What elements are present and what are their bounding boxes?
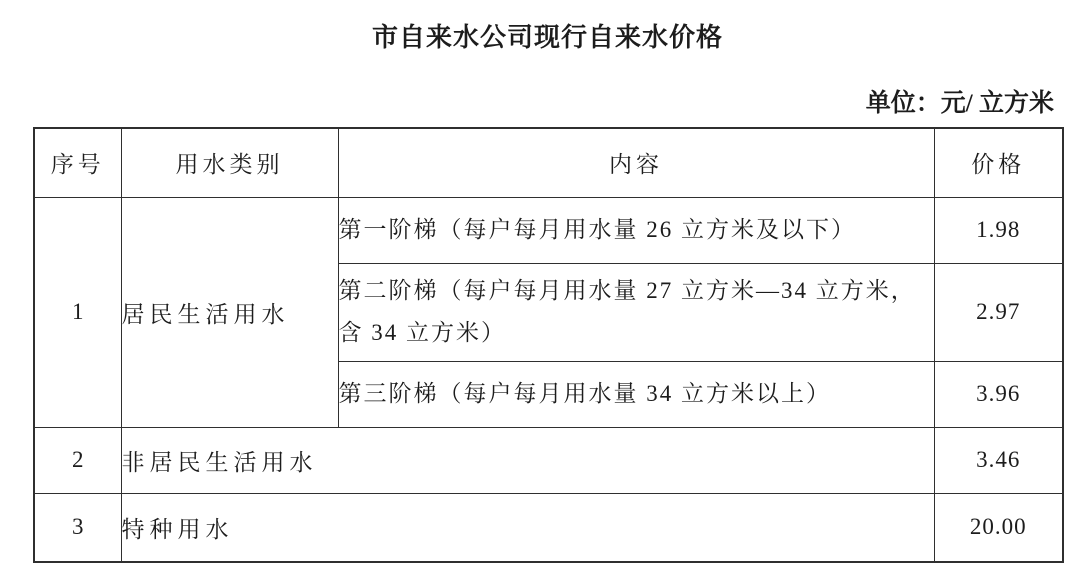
tier1-content: 第一阶梯（每户每月用水量 26 立方米及以下） [338,197,934,263]
header-no: 序号 [34,128,121,197]
header-category: 用水类别 [121,128,338,197]
tier1-price: 1.98 [934,197,1063,263]
special-price: 20.00 [934,493,1063,562]
special-row-number: 3 [34,493,121,562]
nonresidential-price: 3.46 [934,427,1063,493]
tier2-price: 2.97 [934,263,1063,361]
header-content: 内容 [338,128,934,197]
water-price-document: 市自来水公司现行自来水价格 单位：元/ 立方米 序号 用水类别 内容 价格 1 … [33,0,1062,563]
special-category: 特种用水 [121,493,934,562]
nonresidential-category: 非居民生活用水 [121,427,934,493]
table-header-row: 序号 用水类别 内容 价格 [34,128,1063,197]
table-row-special: 3 特种用水 20.00 [34,493,1063,562]
header-price: 价格 [934,128,1063,197]
table-row-residential-tier1: 1 居民生活用水 第一阶梯（每户每月用水量 26 立方米及以下） 1.98 [34,197,1063,263]
document-title: 市自来水公司现行自来水价格 [33,0,1062,52]
table-row-nonresidential: 2 非居民生活用水 3.46 [34,427,1063,493]
unit-label: 单位：元/ 立方米 [33,52,1062,118]
nonresidential-row-number: 2 [34,427,121,493]
residential-category: 居民生活用水 [121,197,338,427]
tier2-content: 第二阶梯（每户每月用水量 27 立方米—34 立方米，含 34 立方米） [338,263,934,361]
residential-row-number: 1 [34,197,121,427]
tier3-content: 第三阶梯（每户每月用水量 34 立方米以上） [338,361,934,427]
tier3-price: 3.96 [934,361,1063,427]
water-price-table: 序号 用水类别 内容 价格 1 居民生活用水 第一阶梯（每户每月用水量 26 立… [33,127,1064,563]
